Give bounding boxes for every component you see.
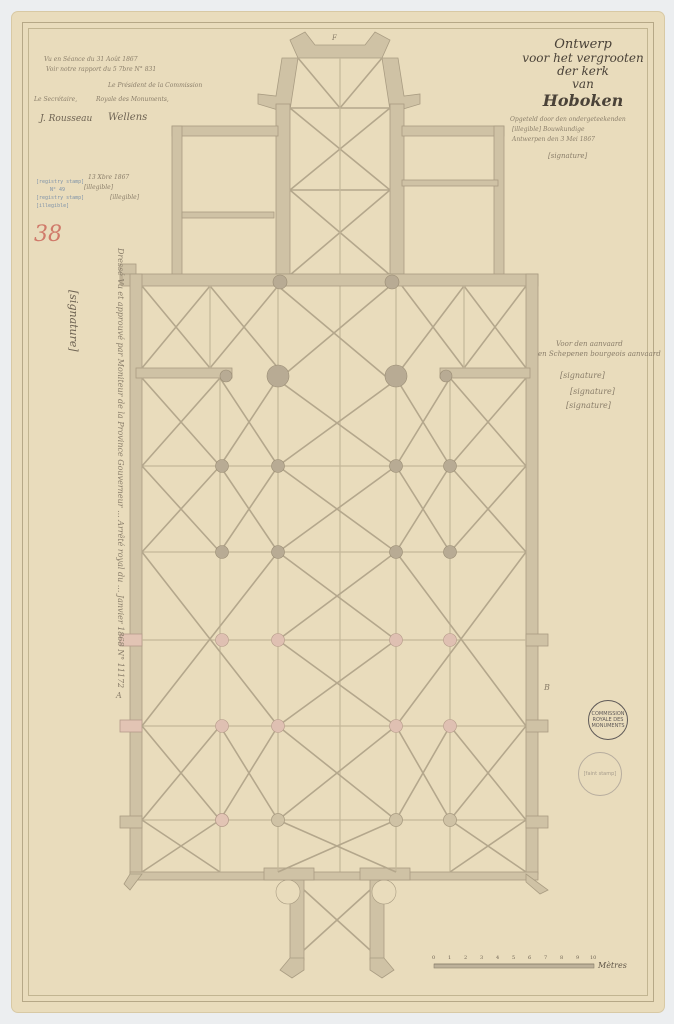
- approval-signature-3: [signature]: [566, 402, 611, 410]
- scale-unit-label: Mètres: [598, 961, 627, 970]
- registry-line-2: N° 49: [50, 186, 65, 194]
- registry-handwritten-3: [illegible]: [110, 194, 139, 202]
- registry-line-3: [registry stamp]: [36, 194, 84, 202]
- approval-signature-2: [signature]: [570, 388, 615, 396]
- note-line-1: Vu en Séance du 31 Août 1867: [44, 56, 138, 64]
- scale-tick: 2: [464, 955, 467, 961]
- scale-bar: 0 1 2 3 4 5 6 7 8 9 10: [430, 955, 600, 963]
- architect-signature: [signature]: [548, 152, 587, 160]
- note-line-5: Royale des Monuments,: [96, 96, 169, 104]
- commission-stamp-label: COMMISSION ROYALE DES MONUMENTS: [589, 711, 627, 729]
- outer-walls: [120, 264, 548, 894]
- commission-stamp: COMMISSION ROYALE DES MONUMENTS: [588, 700, 628, 740]
- scale-tick: 1: [448, 955, 451, 961]
- registry-handwritten-2: [illegible]: [84, 184, 113, 192]
- scale-tick: 4: [496, 955, 499, 961]
- scale-tick: 3: [480, 955, 483, 961]
- section-marker-a: A: [116, 692, 122, 700]
- title-line-1: Ontwerp: [508, 38, 658, 52]
- section-marker-b: B: [544, 684, 550, 692]
- transept-vaults: [142, 286, 526, 380]
- signature-rousseau: J. Rousseau: [40, 114, 92, 124]
- scale-tick: 6: [528, 955, 531, 961]
- approval-line-1: Voor den aanvaard: [556, 340, 623, 348]
- piers: [216, 275, 457, 827]
- credit-line-1: Opgeteld door den ondergeteekenden: [510, 116, 626, 124]
- scale-tick: 7: [544, 955, 547, 961]
- registry-line-1: [registry stamp]: [36, 178, 84, 186]
- registry-date: 13 Xbre 1867: [88, 174, 129, 182]
- note-line-4: Le Secrétaire,: [34, 96, 77, 104]
- scale-tick: 5: [512, 955, 515, 961]
- title-block: Ontwerp voor het vergrooten der kerk van…: [508, 38, 658, 111]
- scale-bar-graphic: [434, 964, 594, 968]
- credit-line-3: Antwerpen den 3 Mei 1867: [512, 136, 595, 144]
- title-line-5: Hoboken: [508, 91, 658, 111]
- scale-tick: 9: [576, 955, 579, 961]
- catalog-number: 38: [34, 222, 62, 247]
- faint-stamp: [faint stamp]: [578, 752, 622, 796]
- note-line-3: Le Président de la Commission: [108, 82, 202, 90]
- vertical-approval-note: Dressé Vu et approuvé par Moniteur de la…: [116, 248, 124, 688]
- top-marker: F: [332, 34, 337, 42]
- scale-tick: 10: [590, 955, 596, 961]
- tower-porch: [264, 868, 410, 978]
- approval-line-2: en Schepenen bourgeois aanvaard: [538, 350, 661, 358]
- vault-ribs: [142, 378, 526, 872]
- note-line-2: Voir notre rapport du 5 7bre N° 831: [46, 66, 156, 74]
- scale-tick: 0: [432, 955, 435, 961]
- faint-stamp-label: [faint stamp]: [584, 771, 617, 777]
- title-line-4: van: [508, 78, 658, 91]
- approval-signature-1: [signature]: [560, 372, 605, 380]
- credit-line-2: [illegible] Bouwkundige: [512, 126, 585, 134]
- sacristy-rooms: [172, 126, 504, 276]
- vertical-signature: [signature]: [67, 290, 80, 352]
- signature-wellens: Wellens: [108, 112, 147, 123]
- scale-tick: 8: [560, 955, 563, 961]
- registry-line-4: [illegible]: [36, 202, 69, 210]
